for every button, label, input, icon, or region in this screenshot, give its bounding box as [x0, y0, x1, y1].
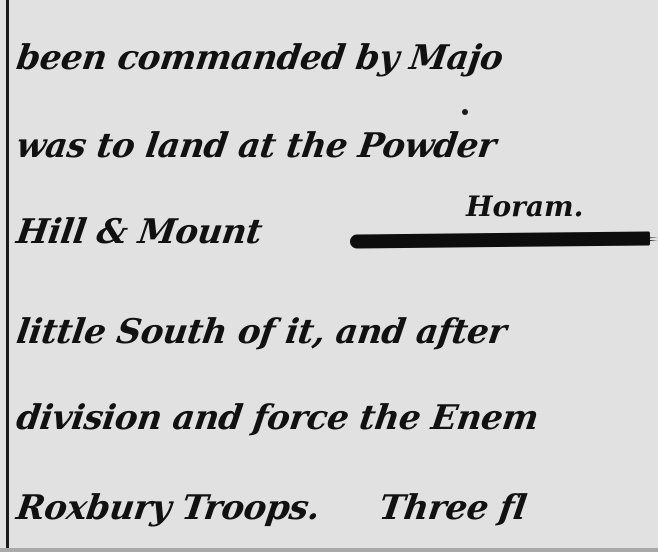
- manuscript-line-4: little South of it, and after: [14, 312, 509, 352]
- manuscript-line-5: division and force the Enem: [14, 398, 541, 438]
- line-6-text: Roxbury Troops.: [14, 488, 322, 528]
- manuscript-line-1: been commanded by Majo: [14, 38, 505, 78]
- manuscript-line-6: Roxbury Troops.Three fl: [14, 488, 529, 528]
- struck-out-word: [350, 231, 650, 248]
- interlinear-insertion: Horam.: [466, 190, 583, 223]
- manuscript-line-3: Hill & Mount: [14, 212, 264, 252]
- ink-blot: [462, 109, 468, 115]
- manuscript-page: been commanded by Majo was to land at th…: [0, 0, 658, 548]
- line-6-continuation: Three fl: [377, 488, 529, 528]
- manuscript-line-2: was to land at the Powder: [14, 126, 498, 166]
- left-margin-rule: [6, 0, 9, 548]
- scan-bottom-edge: [0, 548, 658, 552]
